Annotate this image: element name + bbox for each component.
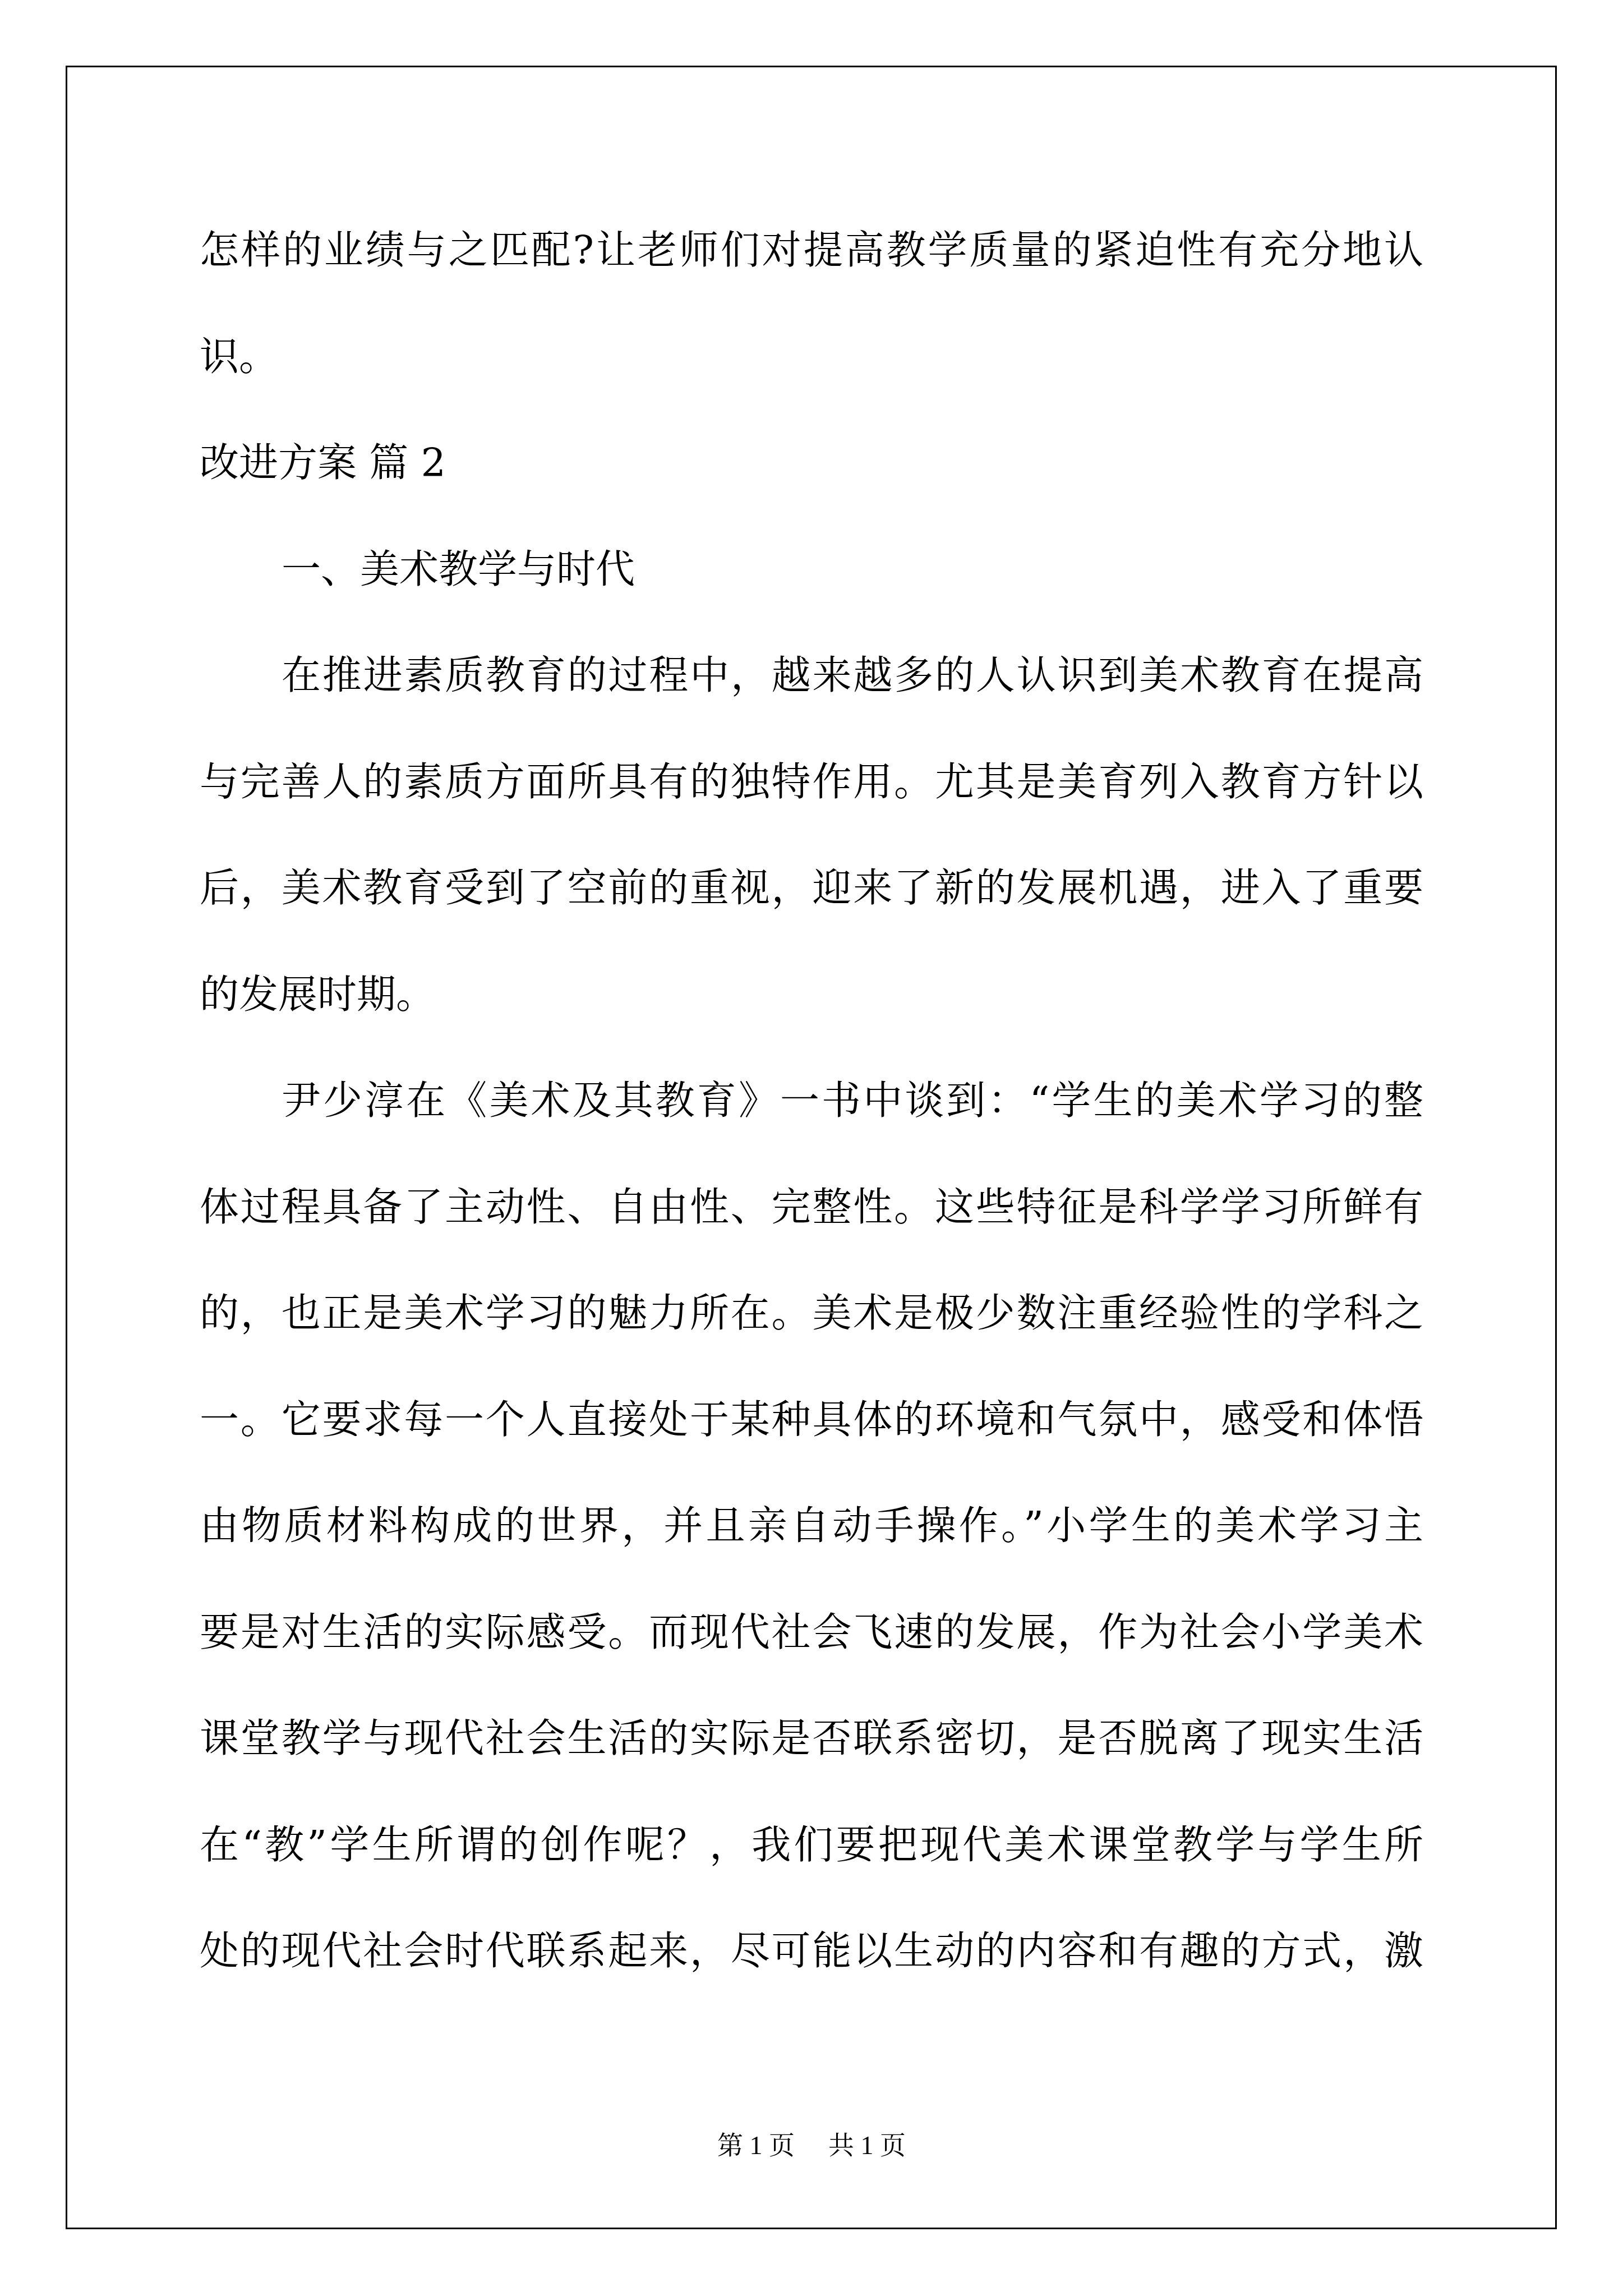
text-line: 识。: [200, 304, 1423, 411]
paragraph-line: 在“教”学生所谓的创作呢？，我们要把现代美术课堂教学与学生所: [200, 1792, 1423, 1899]
paragraph-line: 后，美术教育受到了空前的重视，迎来了新的发展机遇，进入了重要: [200, 835, 1423, 942]
paragraph-line: 课堂教学与现代社会生活的实际是否联系密切，是否脱离了现实生活: [200, 1686, 1423, 1792]
page-number-total: 共 1 页: [828, 2126, 906, 2165]
section-heading: 改进方案 篇 2: [200, 410, 1423, 517]
paragraph-line: 尹少淳在《美术及其教育》一书中谈到：“学生的美术学习的整: [200, 1048, 1423, 1154]
subsection-heading: 一、美术教学与时代: [200, 517, 1423, 623]
document-body: 怎样的业绩与之匹配?让老师们对提高教学质量的紧迫性有充分地认 识。 改进方案 篇…: [200, 197, 1423, 2005]
text-line: 怎样的业绩与之匹配?让老师们对提高教学质量的紧迫性有充分地认: [200, 197, 1423, 304]
paragraph-line: 体过程具备了主动性、自由性、完整性。这些特征是科学学习所鲜有: [200, 1154, 1423, 1261]
page-footer: 第 1 页共 1 页: [0, 2126, 1623, 2165]
paragraph-line: 一。它要求每一个人直接处于某种具体的环境和气氛中，感受和体悟: [200, 1367, 1423, 1474]
paragraph-line: 在推进素质教育的过程中，越来越多的人认识到美术教育在提高: [200, 623, 1423, 729]
page-number-current: 第 1 页: [717, 2126, 795, 2165]
paragraph-line: 的发展时期。: [200, 942, 1423, 1048]
paragraph-line: 与完善人的素质方面所具有的独特作用。尤其是美育列入教育方针以: [200, 729, 1423, 836]
paragraph-line: 处的现代社会时代联系起来，尽可能以生动的内容和有趣的方式，激: [200, 1898, 1423, 2005]
paragraph-line: 由物质材料构成的世界，并且亲自动手操作。”小学生的美术学习主: [200, 1473, 1423, 1580]
paragraph-line: 的，也正是美术学习的魅力所在。美术是极少数注重经验性的学科之: [200, 1260, 1423, 1367]
paragraph-line: 要是对生活的实际感受。而现代社会飞速的发展，作为社会小学美术: [200, 1580, 1423, 1686]
